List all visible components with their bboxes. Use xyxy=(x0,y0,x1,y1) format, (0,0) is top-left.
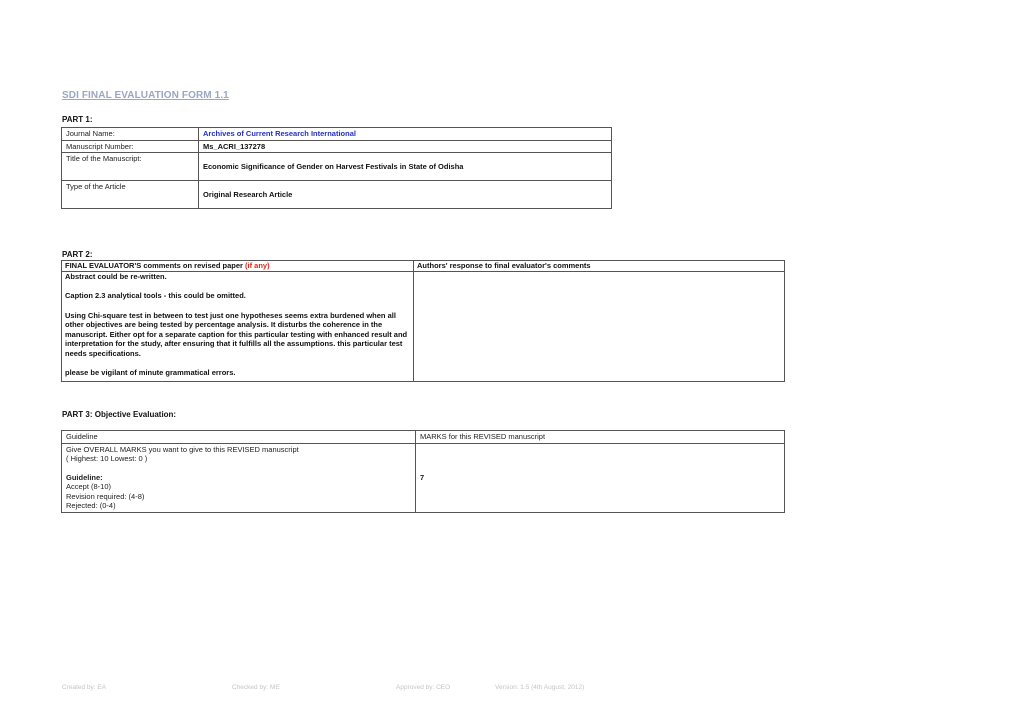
table-row: Type of the Article Original Research Ar… xyxy=(62,181,612,209)
part3-label: PART 3: Objective Evaluation: xyxy=(62,410,176,419)
footer-approved-by: Approved by: CEO xyxy=(396,684,450,691)
manuscript-title-value: Economic Significance of Gender on Harve… xyxy=(199,153,612,181)
manuscript-title-label: Title of the Manuscript: xyxy=(62,153,199,181)
marks-header: MARKS for this REVISED manuscript xyxy=(416,431,785,444)
article-type-label: Type of the Article xyxy=(62,181,199,209)
manuscript-number-value: Ms_ACRI_137278 xyxy=(199,140,612,153)
part1-table: Journal Name: Archives of Current Resear… xyxy=(61,127,612,209)
evaluator-comments-cell: Abstract could be re-written. Caption 2.… xyxy=(62,271,414,381)
table-row: Give OVERALL MARKS you want to give to t… xyxy=(62,443,785,512)
table-header-row: Guideline MARKS for this REVISED manuscr… xyxy=(62,431,785,444)
guideline-rejected: Rejected: (0-4) xyxy=(66,501,411,511)
marks-value[interactable]: 7 xyxy=(416,443,785,512)
footer-version: Version: 1.5 (4th August, 2012) xyxy=(495,684,584,691)
guideline-title: Guideline: xyxy=(66,473,411,483)
footer-created-by: Created by: EA xyxy=(62,684,106,691)
part1-label: PART 1: xyxy=(62,115,93,124)
guideline-header: Guideline xyxy=(62,431,416,444)
form-title: SDI FINAL EVALUATION FORM 1.1 xyxy=(62,90,229,101)
part2-table: FINAL EVALUATOR'S comments on revised pa… xyxy=(61,260,785,382)
marks-range: ( Highest: 10 Lowest: 0 ) xyxy=(66,454,411,464)
table-row: Abstract could be re-written. Caption 2.… xyxy=(62,271,785,381)
part3-table: Guideline MARKS for this REVISED manuscr… xyxy=(61,430,785,513)
journal-name-value: Archives of Current Research Internation… xyxy=(199,128,612,141)
authors-response-header: Authors' response to final evaluator's c… xyxy=(414,261,785,272)
comment-2: Caption 2.3 analytical tools - this coul… xyxy=(65,291,410,301)
table-row: Manuscript Number: Ms_ACRI_137278 xyxy=(62,140,612,153)
footer-checked-by: Checked by: ME xyxy=(232,684,280,691)
marks-instruction: Give OVERALL MARKS you want to give to t… xyxy=(66,445,411,455)
evaluator-comments-header: FINAL EVALUATOR'S comments on revised pa… xyxy=(62,261,414,272)
article-type-value: Original Research Article xyxy=(199,181,612,209)
comment-1: Abstract could be re-written. xyxy=(65,272,410,282)
part2-label: PART 2: xyxy=(62,250,93,259)
table-row: Journal Name: Archives of Current Resear… xyxy=(62,128,612,141)
table-row: Title of the Manuscript: Economic Signif… xyxy=(62,153,612,181)
guideline-accept: Accept (8-10) xyxy=(66,482,411,492)
guideline-revision: Revision required: (4-8) xyxy=(66,492,411,502)
authors-response-cell[interactable] xyxy=(414,271,785,381)
journal-name-label: Journal Name: xyxy=(62,128,199,141)
if-any-note: (if any) xyxy=(245,261,270,270)
table-header-row: FINAL EVALUATOR'S comments on revised pa… xyxy=(62,261,785,272)
comment-3: Using Chi-square test in between to test… xyxy=(65,311,410,359)
guideline-cell: Give OVERALL MARKS you want to give to t… xyxy=(62,443,416,512)
comment-4: please be vigilant of minute grammatical… xyxy=(65,368,410,378)
manuscript-number-label: Manuscript Number: xyxy=(62,140,199,153)
